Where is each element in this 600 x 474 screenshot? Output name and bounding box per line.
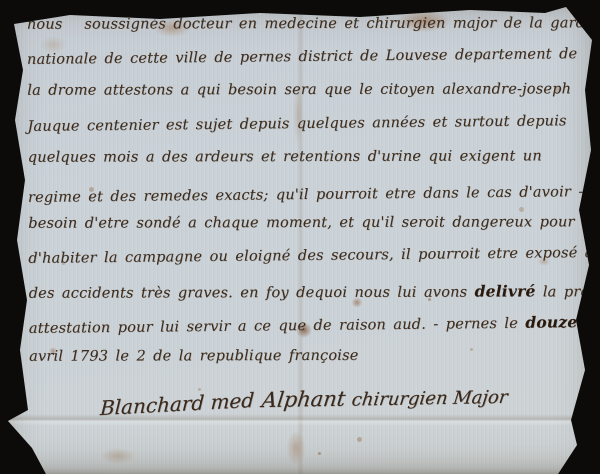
stain [148, 16, 196, 40]
signature-alphant: Alphant chirurgien Major [261, 384, 510, 412]
horizontal-fold-crease [0, 414, 600, 426]
stain [36, 34, 70, 56]
manuscript-paper: nous soussignés docteur en medecine et c… [0, 0, 600, 474]
manuscript-line-5: quelques mois a des ardeurs et retention… [28, 148, 584, 183]
manuscript-line-7: besoin d'etre sondé a chaque moment, et … [28, 214, 584, 249]
vertical-fold-crease [297, 0, 304, 474]
stain [48, 346, 58, 356]
foxing-specks [0, 0, 3, 3]
manuscript-line-4: Jauque centenier est sujet depuis quelqu… [27, 113, 583, 152]
line-9-text: des accidents très graves. en foy dequoi… [29, 284, 475, 301]
manuscript-line-9: des accidents très graves. en foy dequoi… [29, 281, 585, 316]
photo-backdrop: nous soussignés docteur en medecine et c… [0, 0, 600, 474]
line-9-emphasis-delivre: delivré [475, 281, 536, 300]
stain [284, 426, 308, 470]
line-10-text: attestation pour lui servir a ce que de … [29, 315, 526, 336]
manuscript-line-3: la drome attestons a qui besoin sera que… [27, 82, 583, 117]
signature-alphant-title: chirurgien Major [351, 387, 509, 411]
stain [294, 320, 314, 340]
manuscript-line-11: avril 1793 le 2 de la republique françoi… [29, 347, 585, 382]
line-6-text: regime et des remedes exacts; qu'il pour… [28, 184, 593, 206]
stain [350, 296, 364, 309]
line-6-margin-bracket: ) [593, 179, 600, 201]
manuscript-line-10: attestation pour lui servir a ce que de … [29, 312, 585, 351]
stain [292, 80, 304, 150]
manuscript-line-6: regime et des remedes exacts; qu'il pour… [28, 179, 584, 218]
manuscript-line-1: nous soussignés docteur en medecine et c… [27, 15, 583, 50]
line-9-text-end: la presente [536, 284, 600, 300]
stain [536, 256, 552, 267]
signature-blanchard: Blanchard med [99, 388, 254, 420]
manuscript-line-2: nationale de cette ville de pernes distr… [27, 46, 583, 85]
line-10-emphasis-douze: douze [525, 312, 577, 332]
manuscript-line-8: d'habiter la campagne ou eloigné des sec… [28, 245, 584, 284]
manuscript-text: nous soussignés docteur en medecine et c… [27, 14, 586, 383]
signature-alphant-name: Alphant [261, 387, 347, 413]
stain [96, 446, 140, 466]
stain [388, 6, 460, 36]
